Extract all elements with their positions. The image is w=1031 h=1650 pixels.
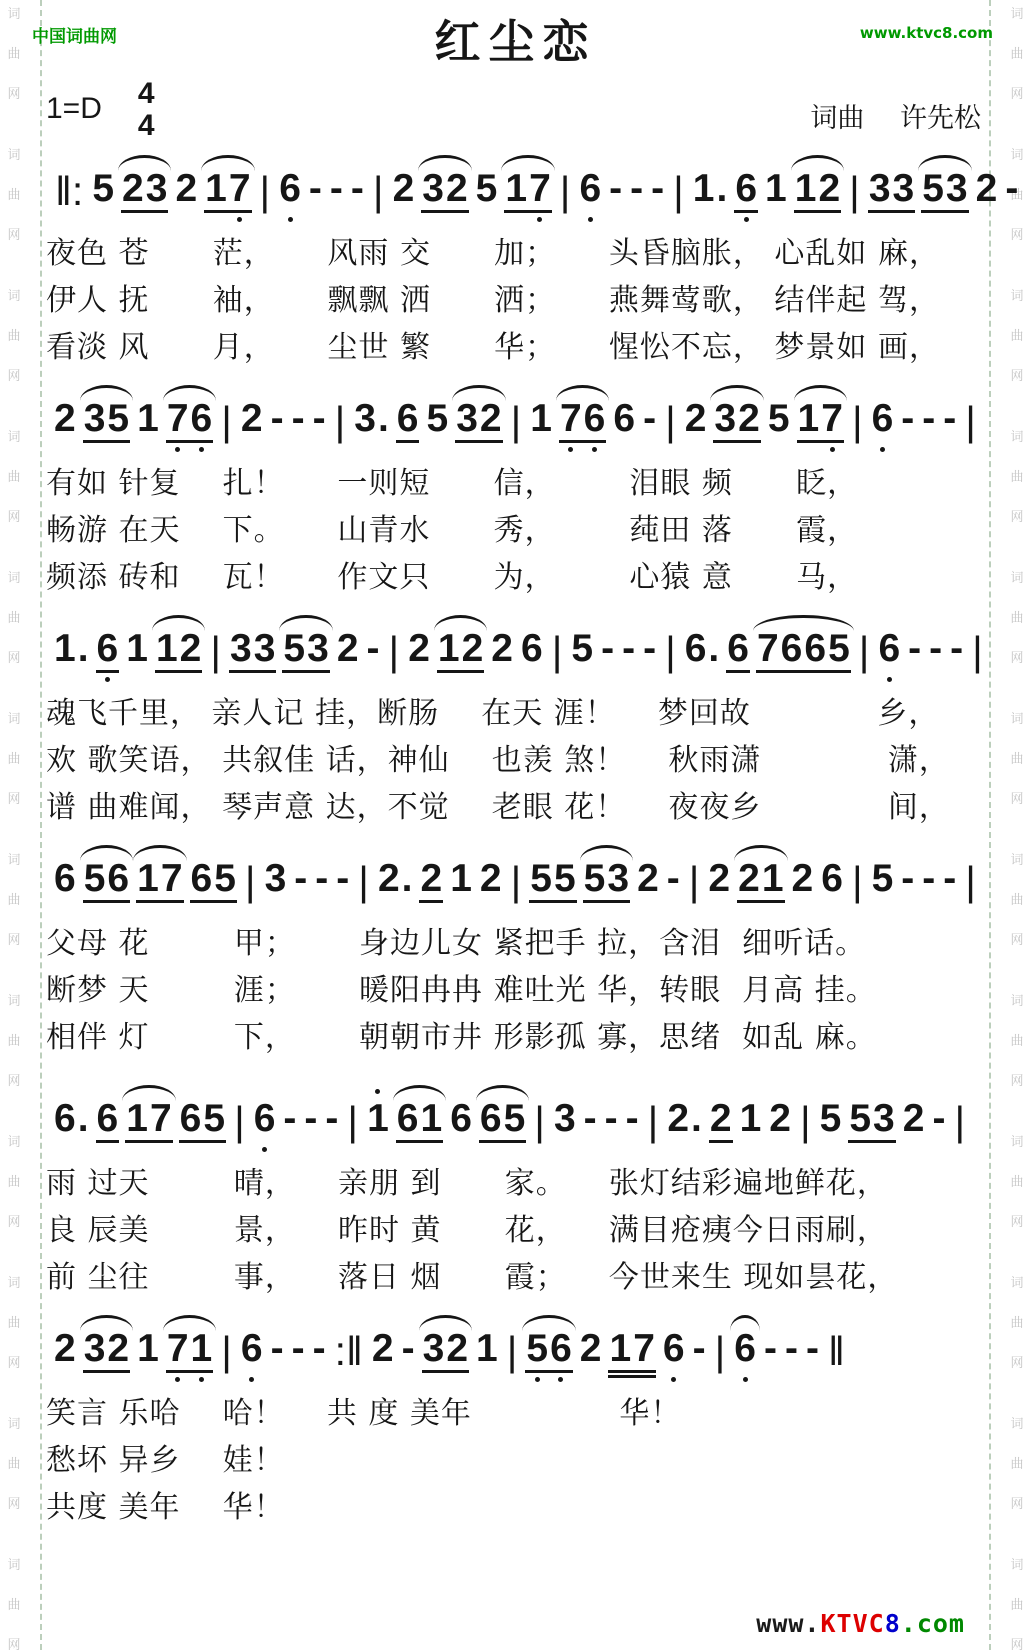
watermark-char: 曲 xyxy=(1010,1599,1023,1612)
octave-dots-low xyxy=(931,1145,946,1154)
note-digit: 2 xyxy=(707,859,731,898)
octave-dots-low xyxy=(579,1375,603,1384)
note-digit: 2 xyxy=(684,399,708,438)
watermark-char: 网 xyxy=(7,934,20,947)
note-digits: 56 xyxy=(525,1329,572,1373)
octave-dots-low xyxy=(353,445,390,454)
octave-dots-low xyxy=(282,1145,297,1154)
barline: | xyxy=(234,1101,245,1142)
note-digits: - xyxy=(928,629,943,673)
octave-dots-low xyxy=(166,1375,213,1384)
watermark-char: 曲 xyxy=(1010,1035,1023,1048)
time-signature: 4 4 xyxy=(138,78,155,141)
octave-dots-low xyxy=(253,1145,277,1154)
note-digit: 2 xyxy=(636,859,660,898)
note-digit: 6 xyxy=(240,1329,264,1368)
watermark-char: 曲 xyxy=(1010,1317,1023,1330)
note-digit: - xyxy=(335,859,350,898)
barline: | xyxy=(852,401,863,442)
key-time-signature: 1=D 4 4 xyxy=(46,78,155,141)
octave-dots-low xyxy=(366,675,381,684)
note-digits: 76 xyxy=(166,399,213,443)
barline: | xyxy=(849,171,860,212)
lyrics-line: 谱 曲难闻， 琴声意 达，不觉 老眼 花！ 夜夜乡 间， xyxy=(46,784,985,831)
octave-dots-low xyxy=(707,905,731,914)
note-digit: 7 xyxy=(149,1099,173,1138)
note-digit: 7 xyxy=(756,629,780,668)
notation-token: - xyxy=(949,629,964,684)
note-digit: 6 xyxy=(780,629,804,668)
note-digits: 1 xyxy=(136,399,160,443)
watermark-char: 网 xyxy=(7,1498,20,1511)
note-digit: - xyxy=(621,629,636,668)
octave-dots-low xyxy=(407,675,431,684)
barline: | xyxy=(1027,171,1031,212)
note-digit: 5 xyxy=(871,859,895,898)
watermark-char: 网 xyxy=(1010,652,1023,665)
note-digit: - xyxy=(291,1329,306,1368)
score-system: 1.6112|33532-|21226|5---|6.67665|6---|魂飞… xyxy=(46,629,985,831)
watermark-char: 网 xyxy=(1010,511,1023,524)
note-digits: - xyxy=(921,399,936,443)
note-digit: 7 xyxy=(528,169,552,208)
notation-token: 23 xyxy=(121,169,168,224)
octave-dots-low xyxy=(419,905,443,914)
note-digit: 2 xyxy=(461,629,485,668)
logo-part: www. xyxy=(756,1609,820,1638)
note-digits: - xyxy=(291,399,306,443)
note-digit: 2 xyxy=(445,169,469,208)
note-digits: 2 xyxy=(53,1329,77,1373)
time-signature-bottom: 4 xyxy=(138,110,155,142)
notation-token: - xyxy=(629,169,644,224)
note-digits: 6. xyxy=(53,1099,90,1143)
watermark-char: 曲 xyxy=(7,471,20,484)
note-digits: 2 xyxy=(579,1329,603,1373)
notation-token: 53 xyxy=(282,629,329,684)
note-digit: 5 xyxy=(827,629,851,668)
watermark-char: 词 xyxy=(1010,290,1023,303)
note-digit: - xyxy=(270,399,285,438)
note-digit: 1 xyxy=(125,629,149,668)
notation-token: 5 xyxy=(819,1099,843,1154)
note-digit: 1 xyxy=(739,1099,763,1138)
octave-dots-low xyxy=(377,905,414,914)
notation-token: 2 xyxy=(53,1329,77,1384)
watermark-char: 词 xyxy=(7,1559,20,1572)
watermark-char: 网 xyxy=(1010,1357,1023,1370)
octave-dots-low xyxy=(726,675,750,684)
note-digits: 6 xyxy=(96,1099,120,1143)
notation-token: - xyxy=(270,1329,285,1384)
note-digit: - xyxy=(907,629,922,668)
octave-dots-low xyxy=(437,675,484,684)
note-digit: 5 xyxy=(848,1099,872,1138)
note-digits: 1 xyxy=(475,1329,499,1373)
octave-dots-low xyxy=(921,215,968,224)
octave-dots-low xyxy=(421,215,468,224)
note-digit: 5 xyxy=(282,629,306,668)
notation-token: 1. xyxy=(692,169,729,224)
octave-dots-low xyxy=(797,445,844,454)
octave-dots-low xyxy=(692,1375,707,1384)
notation-token: 2 xyxy=(490,629,514,684)
note-digit: 3 xyxy=(145,169,169,208)
notation-token: 2 xyxy=(684,399,708,454)
octave-dots-low xyxy=(240,445,264,454)
note-digits: 2 xyxy=(791,859,815,903)
octave-dots-low xyxy=(583,905,630,914)
note-digits: 33 xyxy=(868,169,915,213)
note-digits: - xyxy=(1004,169,1019,213)
octave-dots-low xyxy=(570,675,594,684)
octave-dots-low xyxy=(392,215,416,224)
lyrics-line: 断梦 天 涯； 暖阳冉冉 难吐光 华，转眼 月高 挂。 xyxy=(46,967,985,1014)
note-digits: 5 xyxy=(91,169,115,213)
note-digits: 17 xyxy=(608,1329,655,1373)
note-digit: 5 xyxy=(529,859,553,898)
note-digit: 2 xyxy=(479,399,503,438)
note-digits: 6 xyxy=(877,629,901,673)
watermark-char: 网 xyxy=(1010,88,1023,101)
note-digits: - xyxy=(692,1329,707,1373)
note-digit: . xyxy=(377,399,390,438)
note-digit: - xyxy=(642,399,657,438)
note-digits: 5 xyxy=(767,399,791,443)
note-digits: - xyxy=(270,399,285,443)
octave-dots-low xyxy=(190,905,237,914)
octave-dots-low xyxy=(336,675,360,684)
notation-token: 2 xyxy=(768,1099,792,1154)
note-digit: - xyxy=(928,629,943,668)
octave-dots-low xyxy=(900,445,915,454)
notation-token: 17 xyxy=(125,1099,172,1154)
note-digit: - xyxy=(784,1329,799,1368)
watermark-char: 曲 xyxy=(7,894,20,907)
notation-token: 17 xyxy=(797,399,844,454)
note-digit: 6 xyxy=(871,399,895,438)
notation-token: 17 xyxy=(504,169,551,224)
notation-token: 2 xyxy=(479,859,503,914)
note-digit: 7 xyxy=(228,169,252,208)
note-digits: - xyxy=(270,1329,285,1373)
octave-dots-low xyxy=(629,215,644,224)
score-system: 6561765|3---|2.212|55532-|22126|5---|父母 … xyxy=(46,859,985,1061)
lyrics-line: 笑言 乐哈 哈！ 共 度 美年 华！ xyxy=(46,1390,985,1437)
octave-dots-low xyxy=(396,1145,443,1154)
watermark-char: 曲 xyxy=(1010,471,1023,484)
note-digit: 1 xyxy=(794,169,818,208)
note-digits: - xyxy=(942,399,957,443)
watermark-char: 词 xyxy=(7,995,20,1008)
note-digit: . xyxy=(77,629,90,668)
octave-dots-low xyxy=(942,445,957,454)
note-digits: - xyxy=(303,1099,318,1143)
barline: | xyxy=(511,401,522,442)
watermark-column-left: 词曲网词曲网词曲网词曲网词曲网词曲网词曲网词曲网词曲网词曲网词曲网词曲网 xyxy=(2,0,26,1650)
note-digit: 1 xyxy=(529,399,553,438)
barline: | xyxy=(373,171,384,212)
site-url-link[interactable]: www.ktvc8.com xyxy=(860,24,993,42)
lyrics-line: 伊人 抚 袖， 飘飘 洒 洒； 燕舞莺歌， 结伴起 驾， xyxy=(46,277,985,324)
note-digit: - xyxy=(921,859,936,898)
note-digit: 3 xyxy=(868,169,892,208)
barline: | xyxy=(859,631,870,672)
notation-token: - xyxy=(642,399,657,454)
note-digits: - xyxy=(625,1099,640,1143)
note-digit: 2 xyxy=(817,169,841,208)
note-digit: 5 xyxy=(767,399,791,438)
note-digit: 1 xyxy=(475,1329,499,1368)
note-digit: 2 xyxy=(174,169,198,208)
notation-token: - xyxy=(600,629,615,684)
octave-dots-low xyxy=(96,675,120,684)
note-digits: 5 xyxy=(570,629,594,673)
notation-line: 235176|2---|3.6532|1766-|232517|6---| xyxy=(46,399,985,454)
octave-dots-low xyxy=(1004,215,1019,224)
note-digits: 5 xyxy=(871,859,895,903)
note-digit: . xyxy=(401,859,414,898)
sheet-content: 中国词曲网 红尘恋 www.ktvc8.com 1=D 4 4 词曲 许先松 ‖… xyxy=(46,0,985,1531)
octave-dots-low xyxy=(625,1145,640,1154)
note-digit: 5 xyxy=(91,169,115,208)
barline: | xyxy=(800,1101,811,1142)
note-digits: - xyxy=(312,399,327,443)
note-digits: 32 xyxy=(713,399,760,443)
watermark-char: 词 xyxy=(1010,713,1023,726)
note-digit: 3 xyxy=(83,399,107,438)
notation-token: - xyxy=(608,169,623,224)
watermark-char: 曲 xyxy=(1010,1176,1023,1189)
note-digits: 33 xyxy=(229,629,276,673)
octave-dots-low xyxy=(525,1375,572,1384)
barline: ‖: xyxy=(55,171,83,212)
note-digits: 1 xyxy=(366,1099,390,1143)
note-digits: 6 xyxy=(733,1329,757,1373)
note-digit: 3 xyxy=(83,1329,107,1368)
note-digit: - xyxy=(642,629,657,668)
lyrics-line: 共度 美年 华！ xyxy=(46,1484,985,1531)
octave-dots-low xyxy=(604,1145,619,1154)
barline: | xyxy=(347,1101,358,1142)
note-digits: - xyxy=(784,1329,799,1373)
note-digit: 6 xyxy=(479,1099,503,1138)
watermark-char: 网 xyxy=(1010,229,1023,242)
notation-token: - xyxy=(282,1099,297,1154)
note-digits: 2 xyxy=(709,1099,733,1143)
octave-dots-low xyxy=(871,445,895,454)
ktvc8-logo-link[interactable]: www.KTVC8.com xyxy=(756,1609,965,1638)
note-digit: 1 xyxy=(136,399,160,438)
note-digits: 32 xyxy=(421,169,468,213)
octave-dots-low xyxy=(666,1145,703,1154)
lyrics-line: 相伴 灯 下， 朝朝市井 形影孤 寡，思绪 如乱 麻。 xyxy=(46,1014,985,1061)
watermark-char: 词 xyxy=(1010,1136,1023,1149)
note-digit: 5 xyxy=(83,859,107,898)
notation-token: 2. xyxy=(666,1099,703,1154)
note-digit: 7 xyxy=(559,399,583,438)
octave-dots-low xyxy=(692,215,729,224)
barline: | xyxy=(673,171,684,212)
note-digits: - xyxy=(608,169,623,213)
octave-dots-low xyxy=(53,675,90,684)
note-digits: 12 xyxy=(155,629,202,673)
notation-token: 6 xyxy=(820,859,844,914)
octave-dots-low xyxy=(396,445,420,454)
barline: | xyxy=(560,171,571,212)
notation-token: 2 xyxy=(392,169,416,224)
octave-dots-low xyxy=(907,675,922,684)
note-digits: 2 xyxy=(240,399,264,443)
notation-token: 3. xyxy=(353,399,390,454)
note-digit: 1 xyxy=(366,1099,390,1138)
note-digit: 6 xyxy=(520,629,544,668)
note-digit: 6 xyxy=(449,1099,473,1138)
note-digits: 2 xyxy=(407,629,431,673)
logo-part: KTVC xyxy=(821,1609,885,1638)
octave-dots-low xyxy=(739,1145,763,1154)
score-system: 232171|6---:‖2-321|562176-|6---‖笑言 乐哈 哈！… xyxy=(46,1329,985,1531)
dashed-edge-right xyxy=(989,0,991,1650)
barline: | xyxy=(954,1101,965,1142)
note-digits: 3 xyxy=(264,859,288,903)
logo-part: 8 xyxy=(885,1609,901,1638)
notation-token: - xyxy=(312,1329,327,1384)
watermark-char: 网 xyxy=(7,793,20,806)
octave-dots-low xyxy=(350,215,365,224)
lyrics-line: 畅游 在天 下。 山青水 秀， 莼田 落 霞， xyxy=(46,507,985,554)
notation-token: 1 xyxy=(125,629,149,684)
note-digit: 1 xyxy=(764,169,788,208)
notation-token: 6 xyxy=(449,1099,473,1154)
note-digits: 61 xyxy=(396,1099,443,1143)
note-digits: - xyxy=(931,1099,946,1143)
note-digits: 17 xyxy=(125,1099,172,1143)
watermark-char: 曲 xyxy=(7,48,20,61)
note-digits: - xyxy=(282,1099,297,1143)
notation-token: - xyxy=(650,169,665,224)
note-digit: 3 xyxy=(553,1099,577,1138)
notation-token: - xyxy=(350,169,365,224)
note-digits: - xyxy=(324,1099,339,1143)
note-digits: 2 xyxy=(490,629,514,673)
note-digit: - xyxy=(604,1099,619,1138)
note-digit: 5 xyxy=(475,169,499,208)
note-digit: 6 xyxy=(96,629,120,668)
notation-token: 1 xyxy=(739,1099,763,1154)
notation-token: 2 xyxy=(902,1099,926,1154)
note-digits: 6 xyxy=(278,169,302,213)
octave-dots-low xyxy=(282,675,329,684)
notation-token: 6 xyxy=(96,1099,120,1154)
octave-dots-low xyxy=(166,445,213,454)
note-digit: - xyxy=(942,399,957,438)
octave-dots-low xyxy=(83,905,130,914)
note-digit: 3 xyxy=(421,169,445,208)
octave-dots-low xyxy=(125,1145,172,1154)
watermark-column-right: 词曲网词曲网词曲网词曲网词曲网词曲网词曲网词曲网词曲网词曲网词曲网词曲网 xyxy=(1005,0,1029,1650)
notation-token: 2 xyxy=(636,859,660,914)
note-digit: - xyxy=(308,169,323,208)
notation-token: 5 xyxy=(871,859,895,914)
note-digit: - xyxy=(625,1099,640,1138)
note-digit: 1 xyxy=(797,399,821,438)
watermark-char: 词 xyxy=(1010,995,1023,1008)
notation-token: 6 xyxy=(53,859,77,914)
note-digits: - xyxy=(900,859,915,903)
watermark-char: 词 xyxy=(1010,572,1023,585)
note-digit: 5 xyxy=(525,1329,549,1368)
watermark-char: 网 xyxy=(7,652,20,665)
note-digit: - xyxy=(583,1099,598,1138)
note-digits: 6 xyxy=(396,399,420,443)
octave-dots-low xyxy=(578,215,602,224)
note-digits: - xyxy=(335,859,350,903)
note-digit: 6 xyxy=(549,1329,573,1368)
watermark-char: 网 xyxy=(7,88,20,101)
notation-token: - xyxy=(666,859,681,914)
watermark-char: 曲 xyxy=(7,1317,20,1330)
notation-token: - xyxy=(583,1099,598,1154)
note-digit: 3 xyxy=(713,399,737,438)
watermark-char: 网 xyxy=(7,1075,20,1088)
octave-dots-low xyxy=(121,215,168,224)
octave-dots-low xyxy=(767,445,791,454)
note-digits: 1 xyxy=(739,1099,763,1143)
octave-dots-low xyxy=(204,215,251,224)
notation-token: 2 xyxy=(240,399,264,454)
octave-dots-low xyxy=(636,905,660,914)
note-digits: 32 xyxy=(455,399,502,443)
note-digits: 23 xyxy=(121,169,168,213)
note-digits: 2 xyxy=(975,169,999,213)
lyrics-line: 欢 歌笑语， 共叙佳 话，神仙 也羡 煞！ 秋雨潇 潇， xyxy=(46,737,985,784)
notation-token: 2 xyxy=(419,859,443,914)
notation-token: 53 xyxy=(921,169,968,224)
note-digit: 2 xyxy=(445,1329,469,1368)
score-system: ‖:523217|6---|232517|6---|1.6112|33532-|… xyxy=(46,169,985,371)
note-digit: 3 xyxy=(422,1329,446,1368)
octave-dots-low xyxy=(53,1145,90,1154)
sheet-music-page: 词曲网词曲网词曲网词曲网词曲网词曲网词曲网词曲网词曲网词曲网词曲网词曲网 词曲网… xyxy=(0,0,1031,1650)
notation-token: 2 xyxy=(579,1329,603,1384)
octave-dots-low xyxy=(425,445,449,454)
octave-dots-low xyxy=(291,445,306,454)
note-digit: - xyxy=(312,1329,327,1368)
note-digit: 7 xyxy=(166,399,190,438)
note-digit: 6 xyxy=(278,169,302,208)
octave-dots-low xyxy=(475,215,499,224)
watermark-char: 网 xyxy=(7,1216,20,1229)
notation-token: - xyxy=(942,399,957,454)
barline: | xyxy=(965,861,976,902)
octave-dots-low xyxy=(125,675,149,684)
note-digits: 17 xyxy=(504,169,551,213)
notation-line: 6.61765|6---|161665|3---|2.212|5532-| xyxy=(46,1089,985,1154)
note-digit: 1 xyxy=(136,859,160,898)
note-digit: 2 xyxy=(579,1329,603,1368)
notation-token: 21 xyxy=(737,859,784,914)
note-digit: 2 xyxy=(419,859,443,898)
notation-token: 7665 xyxy=(756,629,851,684)
notation-token: 6 xyxy=(520,629,544,684)
notation-token: 5 xyxy=(475,169,499,224)
note-digits: - xyxy=(666,859,681,903)
score-meta: 1=D 4 4 词曲 许先松 xyxy=(46,78,985,141)
note-digit: 6 xyxy=(734,169,758,208)
lyrics-line: 愁坏 异乡 娃！ xyxy=(46,1437,985,1484)
notation-token: 2 xyxy=(791,859,815,914)
